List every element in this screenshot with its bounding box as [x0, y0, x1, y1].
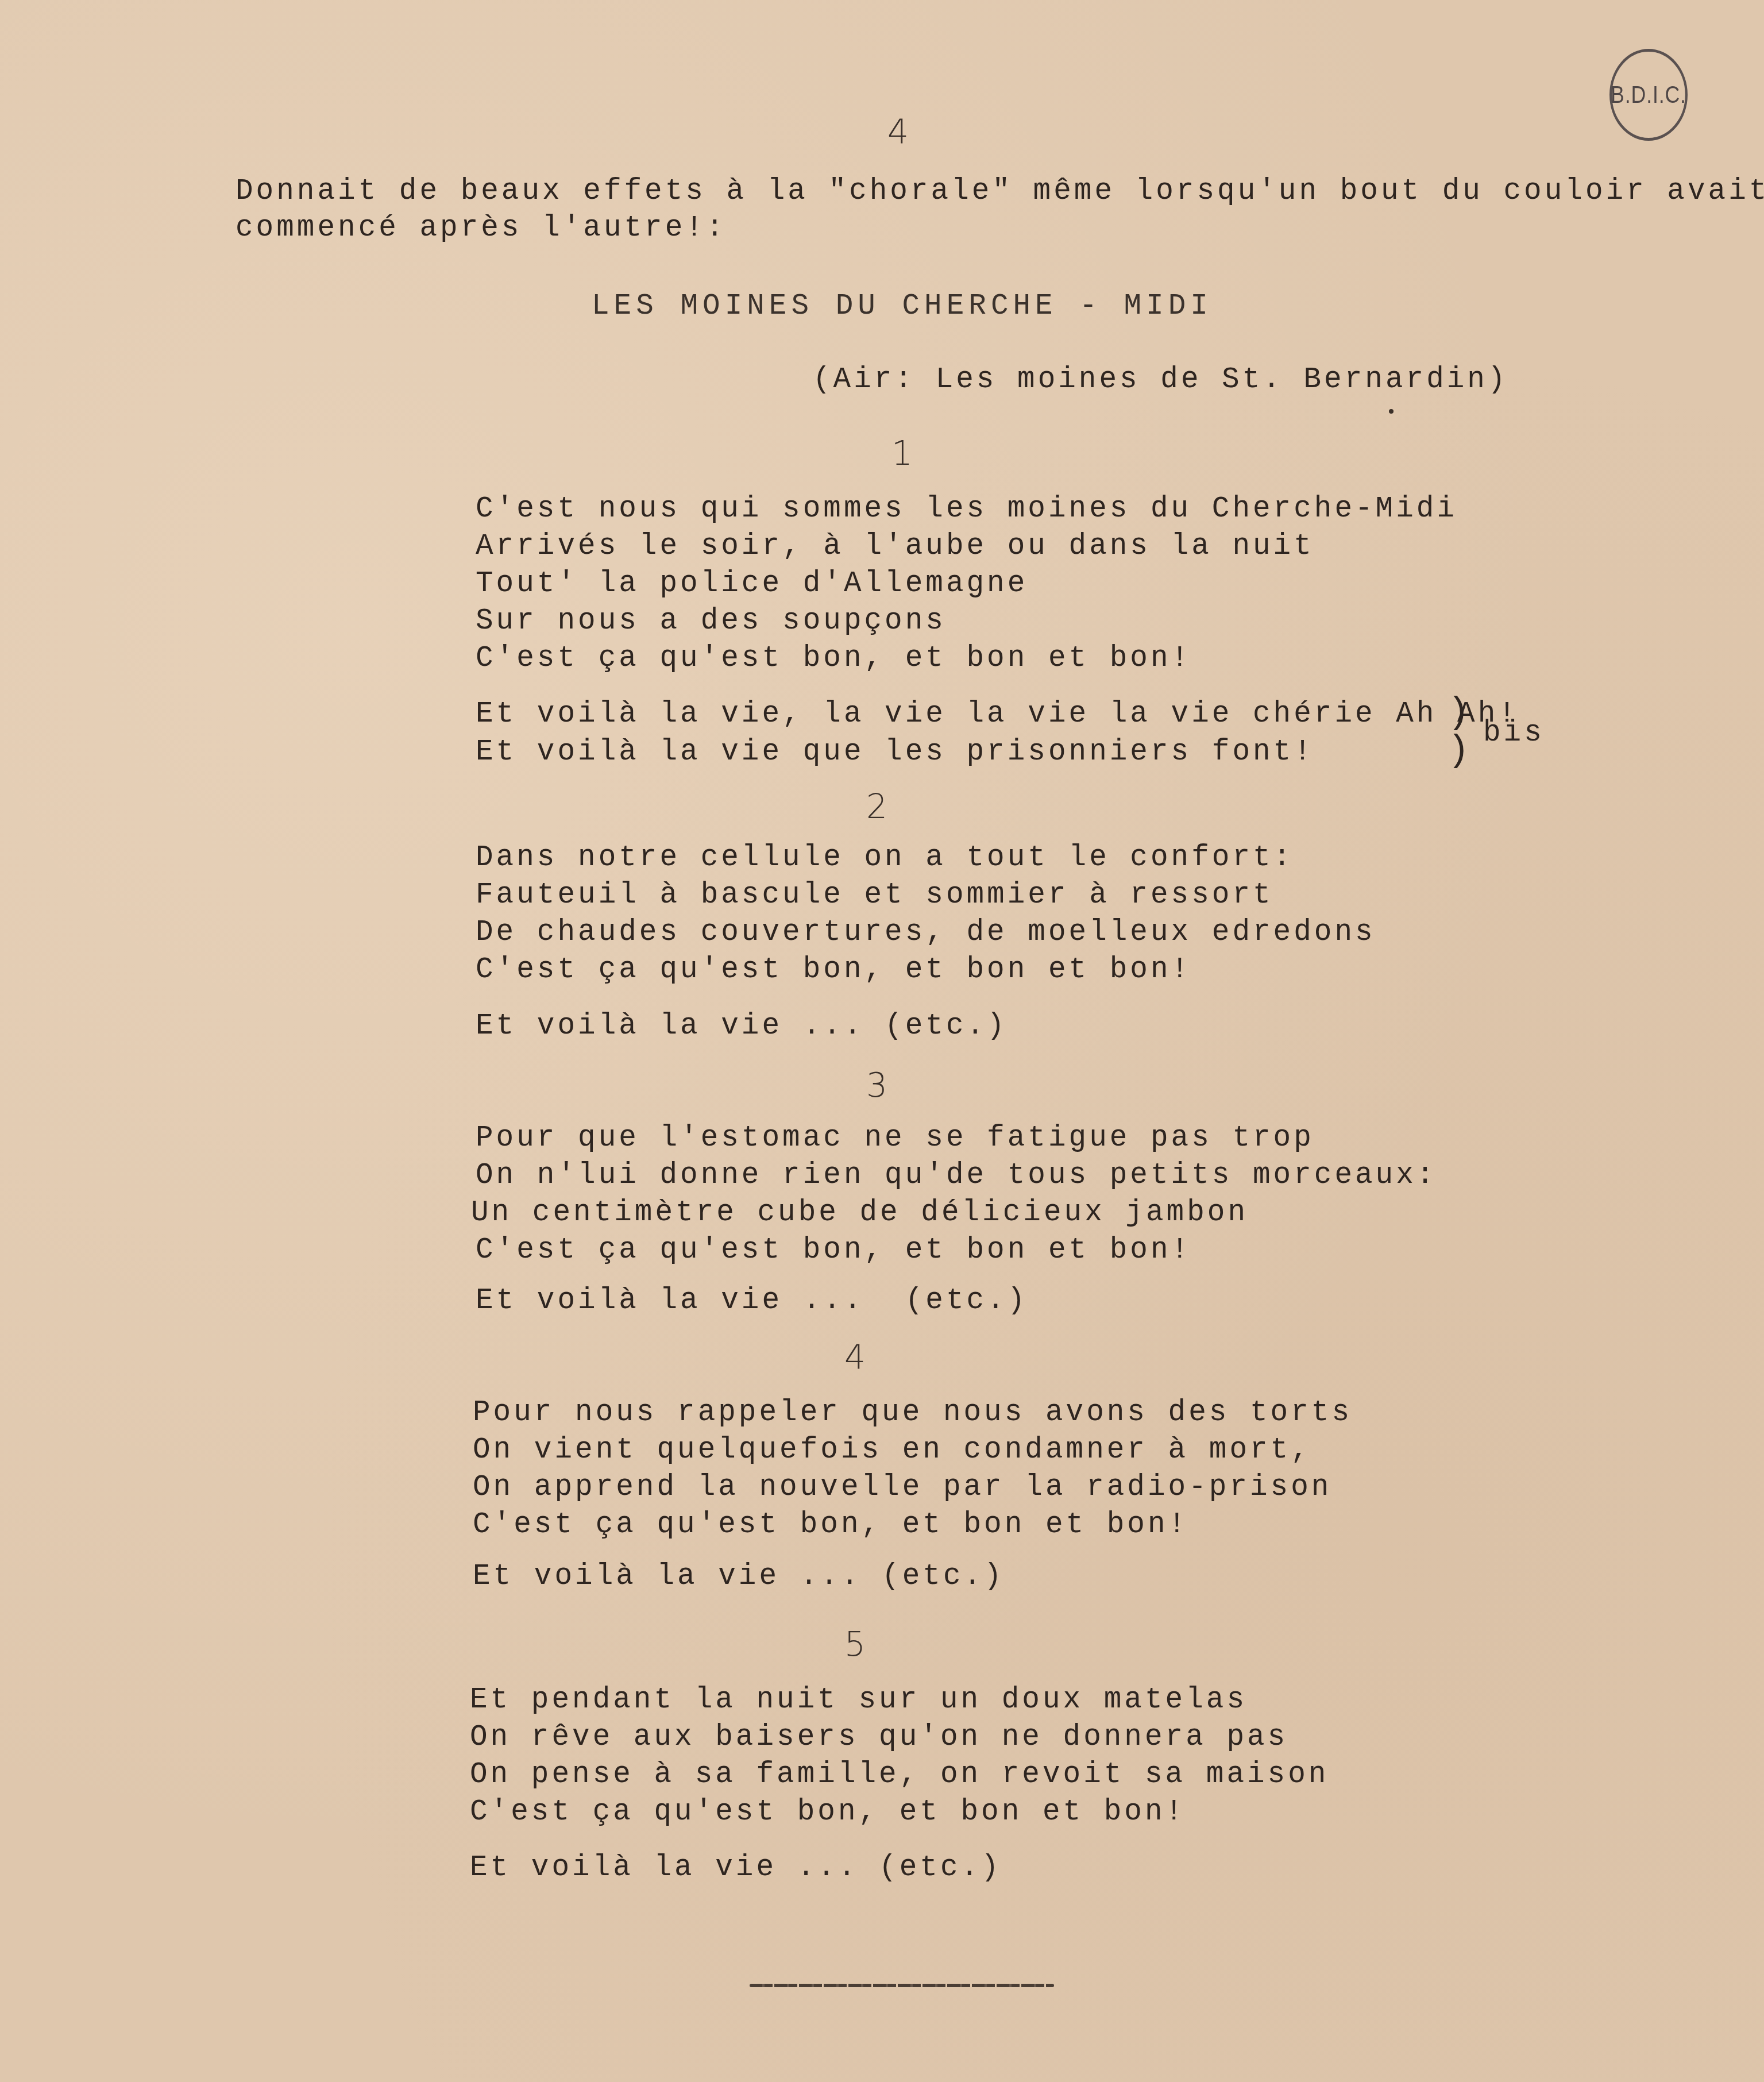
library-stamp: B.D.I.C. [1609, 49, 1688, 141]
intro-line-1: Donnait de beaux effets à la "chorale" m… [236, 173, 1764, 210]
verse-5-line-1: Et pendant la nuit sur un doux matelas [470, 1682, 1247, 1719]
verse-1-line-5: C'est ça qu'est bon, et bon et bon! [476, 641, 1191, 677]
refrain-line-2: Et voilà la vie que les prisonniers font… [476, 734, 1314, 771]
verse-2-refrain: Et voilà la vie ... (etc.) [476, 1008, 1008, 1045]
verse-1-line-3: Tout' la police d'Allemagne [476, 566, 1028, 603]
verse-4-line-3: On apprend la nouvelle par la radio-pris… [473, 1470, 1331, 1506]
verse-4-line-1: Pour nous rappeler que nous avons des to… [473, 1395, 1352, 1432]
verse-1-line-4: Sur nous a des soupçons [476, 603, 946, 640]
verse-2-line-3: De chaudes couvertures, de moelleux edre… [476, 915, 1376, 951]
song-air: (Air: Les moines de St. Bernardin) [813, 362, 1508, 399]
verse-3-line-4: C'est ça qu'est bon, et bon et bon! [476, 1232, 1191, 1269]
verse-5-line-2: On rêve aux baisers qu'on ne donnera pas [470, 1719, 1288, 1756]
verse-5-line-3: On pense à sa famille, on revoit sa mais… [470, 1757, 1329, 1794]
verse-4-line-2: On vient quelquefois en condamner à mort… [473, 1432, 1311, 1469]
verse-3-line-3: Un centimètre cube de délicieux jambon [471, 1195, 1248, 1232]
closing-rule [750, 1984, 1054, 1987]
verse-1-line-1: C'est nous qui sommes les moines du Cher… [476, 491, 1457, 528]
verse-2-line-4: C'est ça qu'est bon, et bon et bon! [476, 952, 1191, 989]
page-number: 4 [887, 112, 909, 151]
verse-4-line-4: C'est ça qu'est bon, et bon et bon! [473, 1507, 1188, 1544]
verse-4-refrain: Et voilà la vie ... (etc.) [473, 1559, 1005, 1595]
verse-5-line-4: C'est ça qu'est bon, et bon et bon! [470, 1794, 1186, 1831]
refrain-brace-bottom: ) [1448, 733, 1469, 770]
ink-speck [1389, 409, 1394, 414]
intro-line-2: commencé après l'autre!: [236, 210, 727, 247]
refrain-bis-mark: bis [1483, 715, 1545, 752]
verse-3-line-1: Pour que l'estomac ne se fatigue pas tro… [476, 1120, 1314, 1157]
verse-2-line-1: Dans notre cellule on a tout le confort: [476, 840, 1294, 877]
refrain-brace-top: ) [1448, 695, 1469, 732]
verse-number-4: 4 [844, 1337, 866, 1377]
song-title: LES MOINES DU CHERCHE - MIDI [592, 288, 1213, 325]
verse-number-3: 3 [866, 1066, 887, 1105]
verse-3-refrain: Et voilà la vie ... (etc.) [476, 1283, 1028, 1320]
refrain-line-1: Et voilà la vie, la vie la vie la vie ch… [476, 696, 1519, 733]
verse-number-1: 1 [891, 434, 913, 473]
verse-1-line-2: Arrivés le soir, à l'aube ou dans la nui… [476, 529, 1314, 565]
verse-3-line-2: On n'lui donne rien qu'de tous petits mo… [476, 1158, 1437, 1194]
verse-number-2: 2 [866, 787, 887, 826]
stamp-text: B.D.I.C. [1611, 81, 1686, 109]
verse-5-refrain: Et voilà la vie ... (etc.) [470, 1850, 1002, 1887]
verse-2-line-2: Fauteuil à bascule et sommier à ressort [476, 877, 1273, 914]
verse-number-5: 5 [844, 1625, 866, 1664]
